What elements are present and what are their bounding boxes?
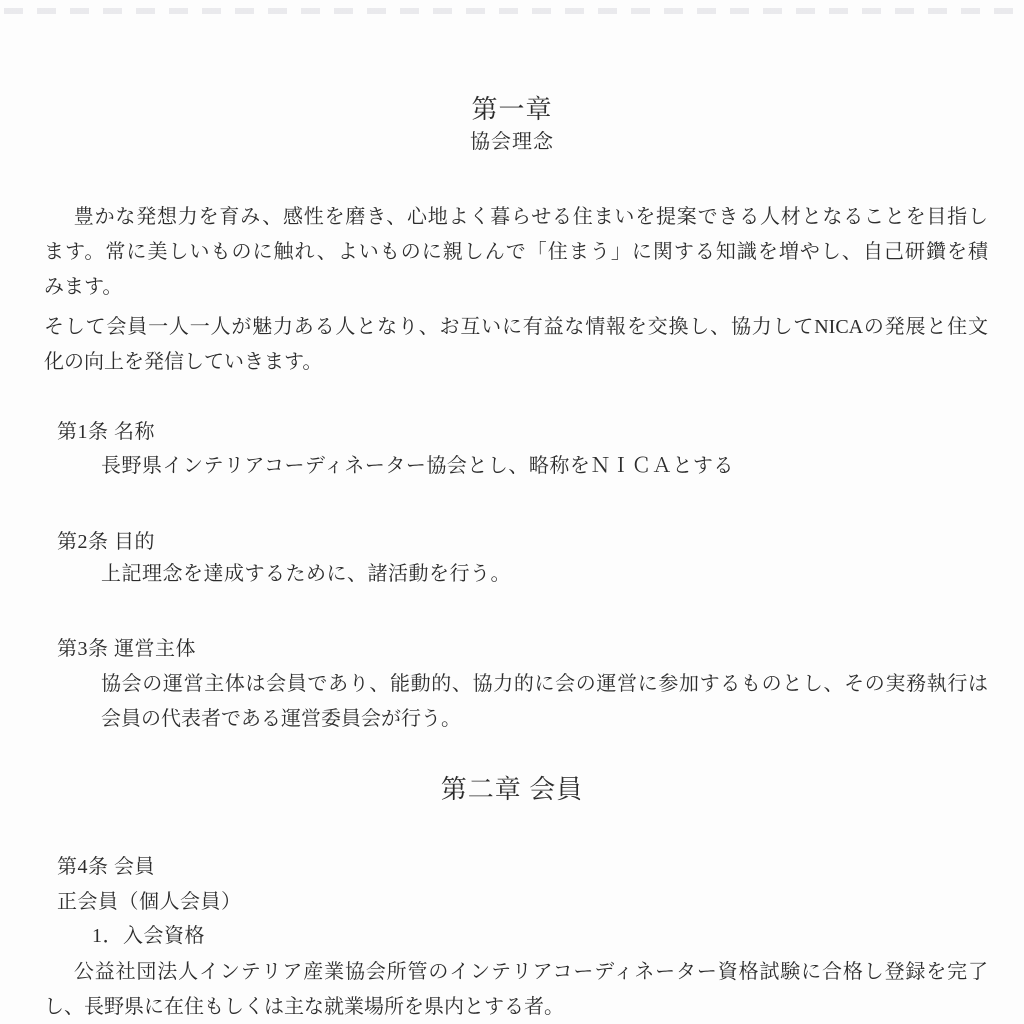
chapter-one-heading: 第一章 — [0, 92, 1024, 127]
article-1-body: 長野県インテリアコーディネーター協会とし、略称をＮＩＣＡとする — [101, 449, 734, 484]
item-1-body: 公益社団法人インテリア産業協会所管のインテリアコーディネーター資格試験に合格し登… — [44, 955, 988, 1024]
paragraph-line: 豊かな発想力を育み、感性を磨き、心地よく暮らせる住まいを提案できる人材となること… — [44, 200, 988, 235]
article-3-body: 協会の運営主体は会員であり、能動的、協力的に会の運営に参加するものとし、その実務… — [101, 667, 988, 737]
item-1-heading: 1．入会資格 — [92, 919, 205, 954]
chapter-two-heading: 第二章 会員 — [0, 772, 1024, 807]
philosophy-paragraph-2: そして会員一人一人が魅力ある人となり、お互いに有益な情報を交換し、協力してNIC… — [44, 310, 988, 380]
paragraph-line: 協会の運営主体は会員であり、能動的、協力的に会の運営に参加するものとし、その実務… — [101, 667, 988, 702]
paragraph-line: し、長野県に在住もしくは主な就業場所を県内とする者。 — [44, 990, 988, 1024]
page-top-crop-artifact — [4, 8, 1020, 14]
article-2-body: 上記理念を達成するために、諸活動を行う。 — [101, 557, 511, 592]
philosophy-paragraph-1: 豊かな発想力を育み、感性を磨き、心地よく暮らせる住まいを提案できる人材となること… — [44, 200, 988, 305]
article-1-heading: 第1条 名称 — [57, 415, 155, 450]
paragraph-line: 公益社団法人インテリア産業協会所管のインテリアコーディネーター資格試験に合格し登… — [44, 955, 988, 990]
paragraph-line: みます。 — [44, 270, 988, 305]
document-page: 第一章 協会理念 豊かな発想力を育み、感性を磨き、心地よく暮らせる住まいを提案で… — [0, 0, 1024, 1024]
paragraph-line: 化の向上を発信していきます。 — [44, 345, 988, 380]
paragraph-line: 会員の代表者である運営委員会が行う。 — [101, 702, 988, 737]
paragraph-line: そして会員一人一人が魅力ある人となり、お互いに有益な情報を交換し、協力してNIC… — [44, 310, 988, 345]
article-3-heading: 第3条 運営主体 — [57, 632, 196, 667]
article-2-heading: 第2条 目的 — [57, 525, 155, 560]
paragraph-line: ます。常に美しいものに触れ、よいものに親しんで「住まう」に関する知識を増やし、自… — [44, 235, 988, 270]
chapter-one-subtitle: 協会理念 — [0, 125, 1024, 160]
article-4-heading: 第4条 会員 — [57, 850, 155, 885]
membership-type-label: 正会員（個人会員） — [57, 885, 242, 920]
